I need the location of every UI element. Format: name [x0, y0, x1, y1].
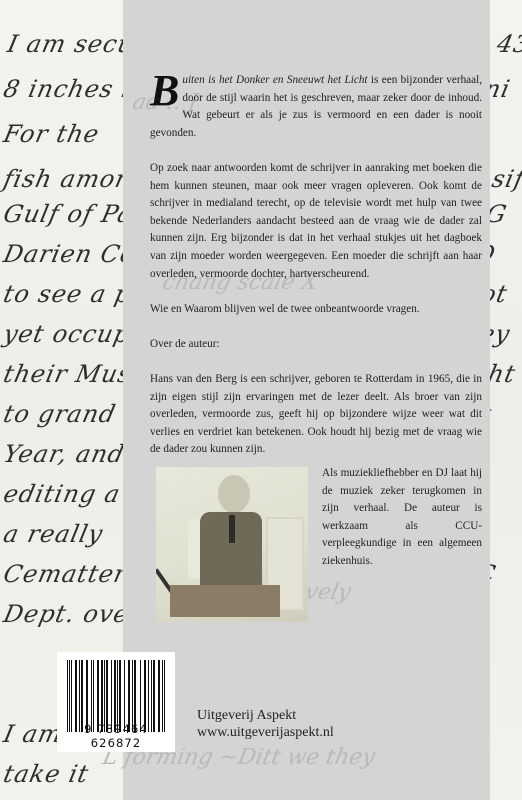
- barcode: 9 789464 626872: [57, 652, 175, 752]
- back-cover-text: Buiten is het Donker en Sneeuwt het Lich…: [150, 72, 482, 625]
- handwriting-line: For the: [1, 120, 102, 148]
- handwriting-line: editing a: [1, 480, 123, 508]
- handwriting-line: a really: [1, 520, 106, 548]
- handwriting-line: to grand: [1, 400, 119, 428]
- dropcap: B: [150, 74, 179, 108]
- synopsis-paragraph: Op zoek naar antwoorden komt de schrijve…: [150, 160, 482, 283]
- handwriting-line: Cematters: [1, 560, 143, 588]
- book-title: uiten is het Donker en Sneeuwt het Licht: [182, 74, 367, 86]
- publisher-name: Uitgeverij Aspekt: [197, 707, 334, 724]
- handwriting-line: to see a p: [1, 280, 134, 308]
- author-block: Als muziekliefhebber en DJ laat hij de m…: [150, 465, 482, 625]
- author-photo: [156, 467, 308, 622]
- about-author-heading: Over de auteur:: [150, 336, 482, 354]
- intro-paragraph: Buiten is het Donker en Sneeuwt het Lich…: [150, 72, 482, 142]
- publisher-info: Uitgeverij Aspekt www.uitgeverijaspekt.n…: [197, 707, 334, 741]
- about-author-paragraph: Hans van den Berg is een schrijver, gebo…: [150, 371, 482, 459]
- author-side-paragraph: Als muziekliefhebber en DJ laat hij de m…: [322, 465, 482, 571]
- handwriting-line: take it: [1, 760, 92, 788]
- handwriting-line: Year, and: [1, 440, 127, 468]
- handwriting-line: Dept. ove: [1, 600, 132, 628]
- handwriting-line: I am: [1, 720, 65, 748]
- questions-paragraph: Wie en Waarom blijven wel de twee onbean…: [150, 301, 482, 319]
- publisher-url[interactable]: www.uitgeverijaspekt.nl: [197, 724, 334, 741]
- isbn-number: 9 789464 626872: [57, 722, 175, 750]
